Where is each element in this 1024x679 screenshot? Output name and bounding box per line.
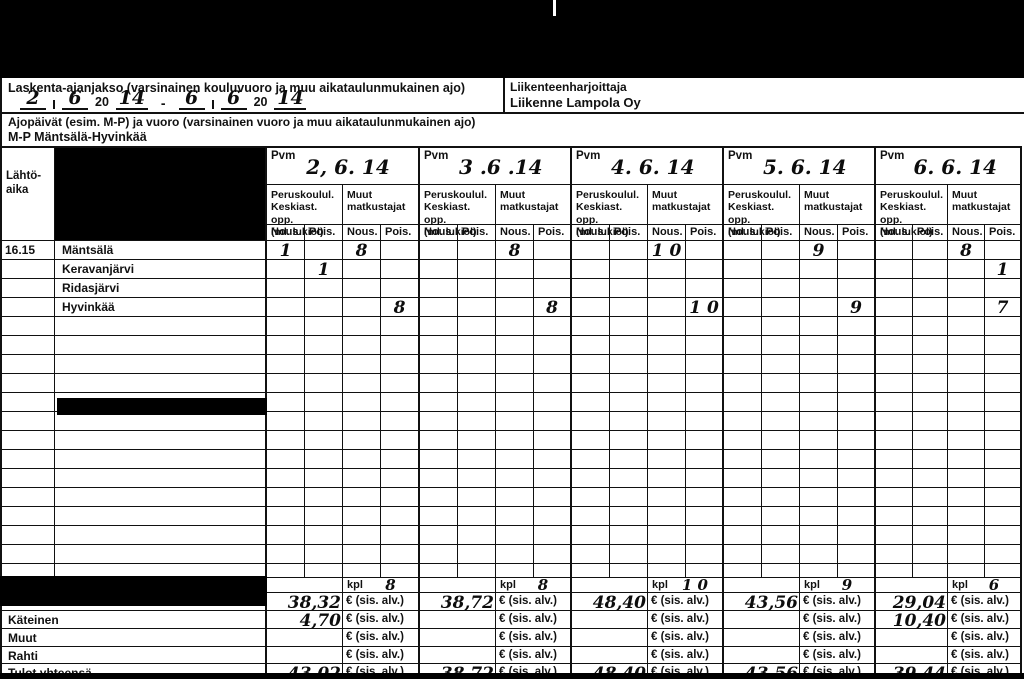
muut-header: Muutmatkustajat [800,185,876,225]
passenger-cell [913,298,948,317]
empty-cell [381,526,420,545]
muut-header: Muutmatkustajat [343,185,420,225]
empty-cell [572,393,610,412]
empty-cell [838,431,876,450]
empty-cell [800,545,838,564]
eur-sis-alv-label: € (sis. alv.) [948,593,1022,611]
empty-cell [686,374,724,393]
passenger-cell [876,298,913,317]
empty-cell [648,355,686,374]
kpl-cell: kpl1 0 [648,578,724,593]
empty-cell [458,336,496,355]
empty-cell [2,374,55,393]
empty-cell [800,431,838,450]
scan-bottom-black-band [0,673,1024,679]
passenger-cell [762,298,800,317]
kpl-cell: kpl8 [343,578,420,593]
empty-cell [305,393,343,412]
empty-cell [948,545,985,564]
pois-header: Pois. [458,225,496,241]
passenger-cell [534,241,572,260]
empty-cell [948,488,985,507]
passenger-cell [724,298,762,317]
empty-cell [55,355,267,374]
empty-cell [724,564,762,578]
money-amount [420,611,496,629]
period-start-year: 14 [116,89,148,110]
empty-cell [724,412,762,431]
empty-cell [267,393,305,412]
pvm-header-cell: Pvm5. 6. 14 [724,148,876,185]
pois-header: Pois. [985,225,1022,241]
passenger-cell [267,260,305,279]
pvm-date: 6. 6. 14 [913,155,997,179]
empty-cell [648,545,686,564]
empty-cell [420,526,458,545]
empty-cell [800,374,838,393]
empty-cell [458,393,496,412]
empty-cell [267,412,305,431]
empty-cell [800,412,838,431]
empty-cell [686,507,724,526]
passenger-cell [800,298,838,317]
money-amount [267,629,343,647]
empty-cell [496,507,534,526]
empty-cell [838,412,876,431]
money-amount [572,611,648,629]
empty-cell [610,526,648,545]
empty-cell [381,545,420,564]
peruskoulu-header: Peruskoulul.Keskiast. opp.(ml. lukiol) [267,185,343,225]
empty-cell [913,317,948,336]
empty-cell [913,355,948,374]
period-dash: - [161,96,166,110]
empty-cell [458,450,496,469]
nous-header: Nous. [724,225,762,241]
pois-header: Pois. [762,225,800,241]
empty-cell [724,431,762,450]
eur-sis-alv-label: € (sis. alv.) [800,647,876,664]
empty-cell [876,412,913,431]
passenger-cell: 8 [496,241,534,260]
empty-cell [913,564,948,578]
empty-cell [686,393,724,412]
empty-cell [343,469,381,488]
empty-cell [343,412,381,431]
empty-cell [496,450,534,469]
passenger-cell [381,279,420,298]
empty-cell [762,412,800,431]
empty-cell [686,526,724,545]
empty-cell [762,317,800,336]
empty-cell [305,488,343,507]
kpl-value: 9 [820,578,874,593]
passenger-cell: 9 [800,241,838,260]
empty-cell [985,431,1022,450]
empty-cell [876,564,913,578]
empty-cell [496,355,534,374]
empty-cell [496,374,534,393]
empty-cell [305,526,343,545]
passenger-cell [267,279,305,298]
passenger-cell [267,298,305,317]
empty-cell [800,526,838,545]
empty-cell [2,317,55,336]
empty-cell [762,545,800,564]
scanned-passenger-count-form: Laskenta-ajanjakso (varsinainen kouluvuo… [0,0,1024,679]
passenger-cell [458,298,496,317]
passenger-cell [876,279,913,298]
empty-cell [985,545,1022,564]
kpl-label: kpl [343,578,363,591]
empty-cell [305,469,343,488]
empty-cell [572,336,610,355]
kpl-cell: kpl8 [496,578,572,593]
passenger-cell [948,260,985,279]
empty-cell [800,355,838,374]
empty-cell [948,450,985,469]
period-end-month: 6 [221,89,247,110]
empty-cell [913,393,948,412]
empty-cell [948,431,985,450]
empty-cell [572,412,610,431]
passenger-cell [610,298,648,317]
empty-cell [838,450,876,469]
passenger-cell: 8 [948,241,985,260]
empty-cell [686,355,724,374]
empty-cell [2,469,55,488]
nous-header: Nous. [267,225,305,241]
empty-cell [724,488,762,507]
empty-cell [267,488,305,507]
empty-cell [343,450,381,469]
empty-cell [420,545,458,564]
passenger-cell [985,241,1022,260]
period-start-month: 6 [62,89,88,110]
empty-cell [762,336,800,355]
route-and-days: M-P Mäntsälä-Hyvinkää [8,130,147,144]
passenger-cell [572,260,610,279]
empty-cell [913,469,948,488]
eur-sis-alv-label: € (sis. alv.) [648,611,724,629]
passenger-cell [838,241,876,260]
passenger-cell [610,279,648,298]
kpl-spacer-cell [876,578,948,593]
empty-cell [420,450,458,469]
empty-cell [267,545,305,564]
empty-cell [496,393,534,412]
empty-cell [55,374,267,393]
empty-cell [2,336,55,355]
empty-cell [913,507,948,526]
passenger-cell: 1 [305,260,343,279]
departure-time: 16.15 [2,241,55,260]
empty-cell [420,393,458,412]
empty-cell [2,355,55,374]
empty-cell [2,507,55,526]
empty-cell [948,393,985,412]
empty-cell [948,564,985,578]
eur-sis-alv-label: € (sis. alv.) [648,647,724,664]
passenger-cell [420,298,458,317]
eur-sis-alv-label: € (sis. alv.) [343,647,420,664]
empty-cell [458,469,496,488]
empty-cell [2,545,55,564]
muut-header: Muutmatkustajat [496,185,572,225]
passenger-cell: 8 [534,298,572,317]
pvm-header-cell: Pvm3 .6 .14 [420,148,572,185]
stop-name: Mäntsälä [55,241,267,260]
passenger-cell [800,260,838,279]
nous-header: Nous. [420,225,458,241]
passenger-cell [305,298,343,317]
eur-sis-alv-label: € (sis. alv.) [948,629,1022,647]
empty-cell [762,526,800,545]
money-amount: 43,56 [724,593,800,611]
empty-cell [267,317,305,336]
money-amount: 38,72 [420,593,496,611]
empty-cell [913,431,948,450]
empty-cell [2,526,55,545]
empty-cell [496,412,534,431]
pvm-date: 4. 6. 14 [611,155,695,179]
passenger-cell [648,298,686,317]
empty-cell [343,564,381,578]
money-amount: 29,04 [876,593,948,611]
empty-cell [305,450,343,469]
empty-cell [985,374,1022,393]
empty-cell [458,412,496,431]
empty-cell [343,507,381,526]
empty-cell [686,488,724,507]
empty-cell [762,507,800,526]
empty-cell [458,431,496,450]
kpl-spacer-cell [267,578,343,593]
empty-cell [838,355,876,374]
empty-cell [876,374,913,393]
empty-cell [762,374,800,393]
empty-cell [305,355,343,374]
empty-cell [610,355,648,374]
empty-cell [948,317,985,336]
empty-cell [420,507,458,526]
passenger-cell: 1 [267,241,305,260]
printed-year-prefix: 20 [95,96,109,110]
empty-cell [55,488,267,507]
empty-cell [534,431,572,450]
empty-cell [800,469,838,488]
scan-white-notch [553,0,556,16]
empty-cell [381,374,420,393]
departure-time [2,279,55,298]
empty-cell [913,526,948,545]
passenger-cell [762,279,800,298]
empty-cell [267,526,305,545]
empty-cell [496,488,534,507]
empty-cell [610,545,648,564]
money-amount [876,629,948,647]
empty-cell [838,336,876,355]
empty-cell [534,488,572,507]
passenger-cell [343,260,381,279]
empty-cell [948,526,985,545]
empty-cell [267,355,305,374]
passenger-cell [458,260,496,279]
empty-cell [800,564,838,578]
stop-name: Ridasjärvi [55,279,267,298]
empty-cell [534,450,572,469]
empty-cell [572,469,610,488]
redaction-bar-bottom-left [0,576,267,606]
empty-cell [913,545,948,564]
peruskoulu-header: Peruskoulul.Keskiast. opp.(ml. lukiol) [572,185,648,225]
empty-cell [572,507,610,526]
empty-cell [496,469,534,488]
passenger-cell [534,279,572,298]
empty-cell [686,336,724,355]
nous-header: Nous. [876,225,913,241]
empty-cell [762,393,800,412]
eur-sis-alv-label: € (sis. alv.) [800,629,876,647]
empty-cell [985,412,1022,431]
empty-cell [948,336,985,355]
money-amount [420,629,496,647]
empty-cell [572,488,610,507]
empty-cell [381,507,420,526]
empty-cell [985,469,1022,488]
passenger-cell [496,279,534,298]
passenger-cell [686,241,724,260]
empty-cell [610,317,648,336]
passenger-cell [724,260,762,279]
empty-cell [724,526,762,545]
empty-cell [267,564,305,578]
empty-cell [948,507,985,526]
empty-cell [913,412,948,431]
passenger-cell [381,241,420,260]
empty-cell [610,336,648,355]
empty-cell [838,317,876,336]
empty-cell [610,564,648,578]
passenger-cell: 1 0 [648,241,686,260]
empty-cell [267,431,305,450]
empty-cell [343,374,381,393]
kpl-label: kpl [496,578,516,591]
empty-cell [648,526,686,545]
passenger-cell [343,298,381,317]
empty-cell [572,564,610,578]
empty-cell [420,374,458,393]
carrier-label: Liikenteenharjoittaja [510,80,627,94]
passenger-cell: 1 0 [686,298,724,317]
nous-header: Nous. [648,225,686,241]
empty-cell [876,507,913,526]
kpl-value: 6 [968,578,1020,593]
empty-cell [534,507,572,526]
empty-cell [267,374,305,393]
passenger-cell [648,279,686,298]
empty-cell [534,412,572,431]
empty-cell [381,469,420,488]
passenger-cell [985,279,1022,298]
period-start-day: 2 [20,89,46,110]
pvm-header-cell: Pvm6. 6. 14 [876,148,1022,185]
period-end-day: 6 [179,89,205,110]
empty-cell [55,507,267,526]
empty-cell [948,355,985,374]
money-amount [267,647,343,664]
passenger-cell [572,298,610,317]
passenger-cell [496,260,534,279]
empty-cell [458,355,496,374]
date-separator-tick [212,100,214,109]
pvm-label: Pvm [424,150,448,162]
empty-cell [838,488,876,507]
passenger-cell [420,241,458,260]
passenger-cell [724,279,762,298]
kpl-value: 8 [363,578,418,593]
empty-cell [985,393,1022,412]
empty-cell [724,469,762,488]
empty-cell [55,336,267,355]
empty-cell [2,488,55,507]
empty-cell [876,450,913,469]
empty-cell [686,469,724,488]
passenger-cell [572,241,610,260]
empty-cell [648,507,686,526]
empty-cell [572,355,610,374]
empty-cell [838,507,876,526]
empty-cell [343,393,381,412]
passenger-cell [534,260,572,279]
empty-cell [876,526,913,545]
kpl-cell: kpl6 [948,578,1022,593]
carrier-name: Liikenne Lampola Oy [510,95,641,110]
empty-cell [381,355,420,374]
empty-cell [572,374,610,393]
empty-cell [876,355,913,374]
empty-cell [55,317,267,336]
kpl-spacer-cell [724,578,800,593]
empty-cell [762,564,800,578]
empty-cell [381,393,420,412]
empty-cell [496,526,534,545]
money-amount [724,647,800,664]
empty-cell [876,469,913,488]
empty-cell [420,469,458,488]
passenger-cell [572,279,610,298]
empty-cell [648,469,686,488]
empty-cell [534,374,572,393]
peruskoulu-header: Peruskoulul.Keskiast. opp.(ml. lukiol) [876,185,948,225]
money-row-label: Käteinen [2,611,267,629]
empty-cell [762,355,800,374]
empty-cell [458,317,496,336]
date-separator-tick [53,100,55,109]
pois-header: Pois. [534,225,572,241]
empty-cell [381,431,420,450]
empty-cell [800,450,838,469]
passenger-cell [305,241,343,260]
empty-cell [648,336,686,355]
kpl-label: kpl [948,578,968,591]
empty-cell [420,564,458,578]
ajopaivat-label: Ajopäivät (esim. M-P) ja vuoro (varsinai… [8,115,475,129]
empty-cell [762,469,800,488]
empty-cell [648,488,686,507]
passenger-cell [913,260,948,279]
passenger-cell [948,298,985,317]
